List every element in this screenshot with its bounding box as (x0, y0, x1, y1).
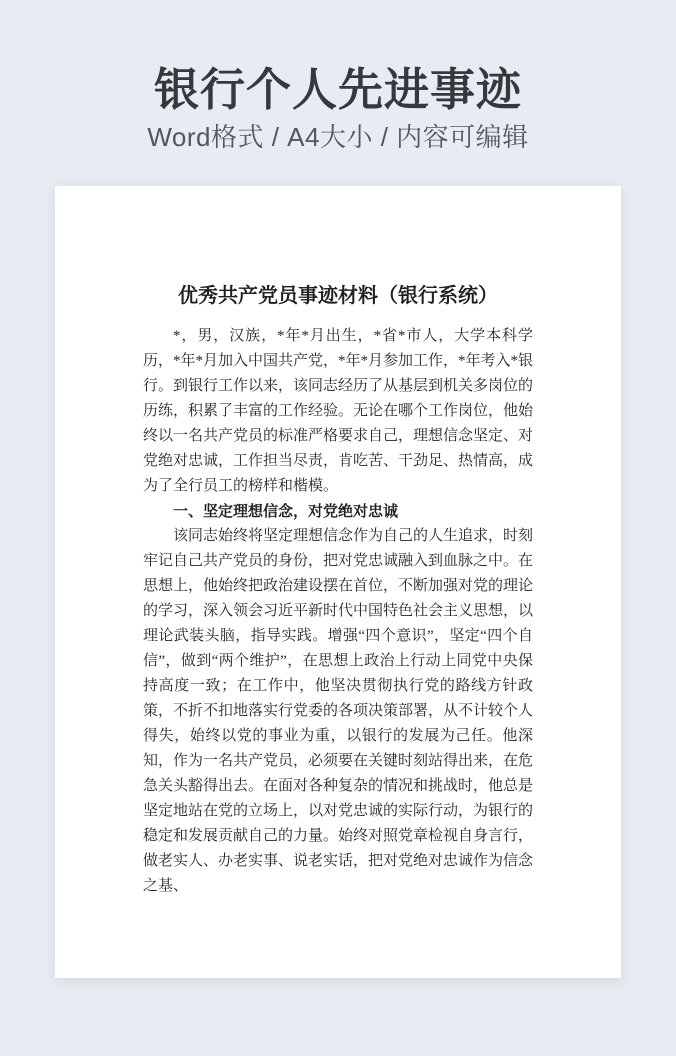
doc-section-heading: 一、坚定理想信念，对党绝对忠诚 (143, 499, 533, 524)
poster-header: 银行个人先进事迹 Word格式 / A4大小 / 内容可编辑 (0, 0, 676, 152)
doc-paragraph-intro: *，男，汉族，*年*月出生，*省*市人，大学本科学历，*年*月加入中国共产党，*… (143, 324, 533, 499)
document-title: 优秀共产党员事迹材料（银行系统） (143, 282, 533, 310)
document-page: 优秀共产党员事迹材料（银行系统） *，男，汉族，*年*月出生，*省*市人，大学本… (55, 186, 621, 978)
poster-title: 银行个人先进事迹 (0, 0, 676, 114)
doc-paragraph-section-1: 该同志始终将坚定理想信念作为自己的人生追求，时刻牢记自己共产党员的身份，把对党忠… (143, 524, 533, 899)
template-preview-canvas: 银行个人先进事迹 Word格式 / A4大小 / 内容可编辑 优秀共产党员事迹材… (0, 0, 676, 1056)
poster-subtitle: Word格式 / A4大小 / 内容可编辑 (0, 122, 676, 152)
